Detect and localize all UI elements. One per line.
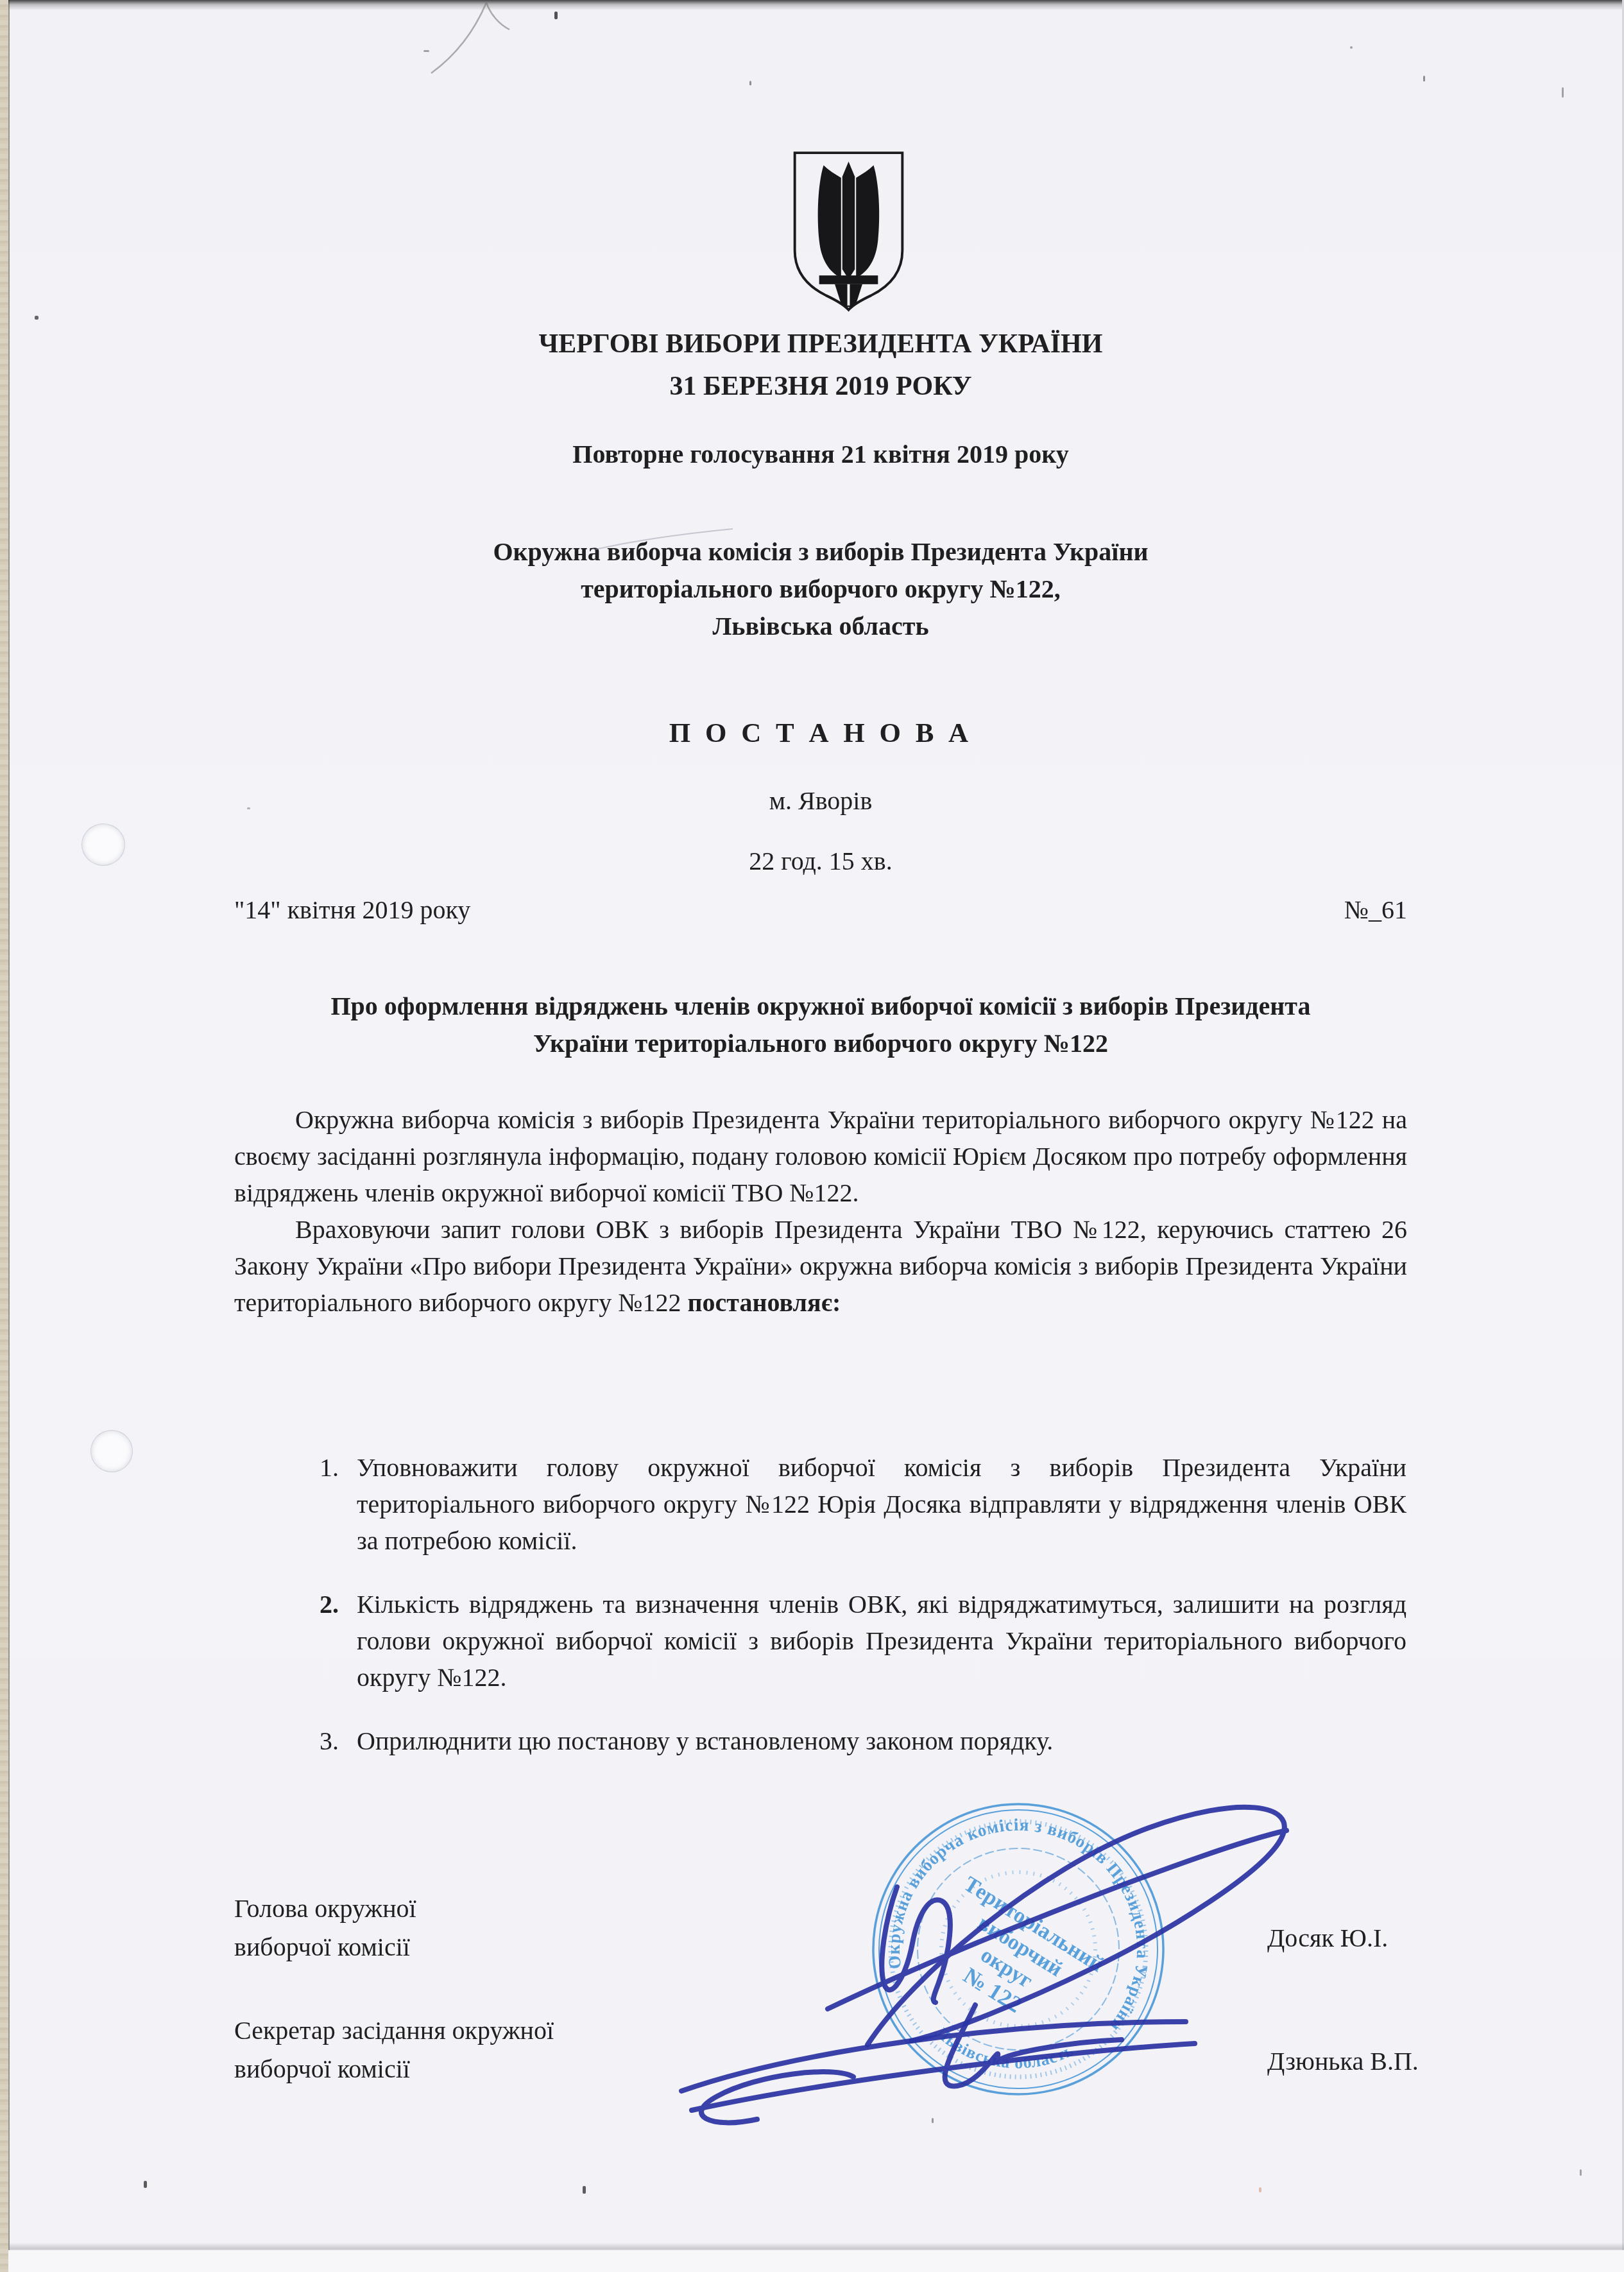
hole-punch xyxy=(90,1430,133,1472)
scanner-bed-bottom xyxy=(8,2250,1624,2272)
election-header-line2: 31 БЕРЕЗНЯ 2019 РОКУ xyxy=(234,371,1407,402)
scan-speck xyxy=(1350,46,1353,49)
list-item-text: Уповноважити голову окружної виборчої ко… xyxy=(357,1449,1406,1559)
commission-name-line2: територіального виборчого округу №122, xyxy=(234,574,1407,604)
signer-role-line: виборчої комісії xyxy=(234,1928,416,1966)
document-number: №_61 xyxy=(1344,895,1407,925)
scan-speck xyxy=(749,81,751,85)
list-item-text: Оприлюднити цю постанову у встановленому… xyxy=(357,1723,1406,1759)
paper-curl-line xyxy=(431,3,509,73)
signer-role-line: виборчої комісії xyxy=(234,2050,554,2088)
commission-name-line3: Львівська область xyxy=(234,611,1407,641)
scanner-top-shadow xyxy=(8,0,1624,10)
signer-name-secretary: Дзюнька В.П. xyxy=(1267,2046,1419,2076)
scan-speck xyxy=(423,50,429,52)
list-item: 2. Кількість відряджень та визначення чл… xyxy=(320,1586,1406,1696)
paragraph-2: Враховуючи запит голови ОВК з виборів Пр… xyxy=(234,1211,1407,1321)
document-type-title: П О С Т А Н О В А xyxy=(234,718,1407,749)
date-number-row: "14" квітня 2019 року №_61 xyxy=(234,895,1407,925)
signer-role-secretary: Секретар засідання окружної виборчої ком… xyxy=(234,2011,554,2088)
election-header-line1: ЧЕРГОВІ ВИБОРИ ПРЕЗИДЕНТА УКРАЇНИ xyxy=(234,329,1407,359)
decree-title-line2: України територіального виборчого округу… xyxy=(234,1028,1407,1058)
list-item: 1. Уповноважити голову окружної виборчої… xyxy=(320,1449,1406,1559)
scan-speck xyxy=(1562,87,1564,98)
commission-name-line1: Окружна виборча комісія з виборів Презид… xyxy=(234,537,1407,567)
list-item-number: 1. xyxy=(320,1449,357,1559)
signer-role-line: Голова окружної xyxy=(234,1889,416,1928)
trident-emblem-icon xyxy=(786,145,911,314)
paragraph-2-resolves: постановляє: xyxy=(687,1288,841,1317)
list-item-number: 3. xyxy=(320,1723,357,1759)
signer-name-chairman: Досяк Ю.І. xyxy=(1267,1923,1388,1953)
document-date: "14" квітня 2019 року xyxy=(234,895,470,925)
scan-speck xyxy=(144,2181,147,2188)
revote-line: Повторне голосування 21 квітня 2019 року xyxy=(234,439,1407,469)
signer-role-line: Секретар засідання окружної xyxy=(234,2011,554,2050)
scan-speck xyxy=(35,316,38,320)
decree-title-line1: Про оформлення відряджень членів окружно… xyxy=(234,991,1407,1021)
city-line: м. Яворів xyxy=(234,786,1407,816)
hole-punch xyxy=(81,823,125,866)
scan-speck xyxy=(1259,2187,1261,2192)
signer-role-chairman: Голова окружної виборчої комісії xyxy=(234,1889,416,1966)
scan-speck xyxy=(1423,76,1425,82)
list-item: 3. Оприлюднити цю постанову у встановлен… xyxy=(320,1723,1406,1759)
scan-speck xyxy=(583,2186,586,2194)
scan-speck xyxy=(1580,2169,1582,2176)
list-item-number: 2. xyxy=(320,1586,357,1696)
decree-items-list: 1. Уповноважити голову окружної виборчої… xyxy=(320,1449,1406,1786)
time-line: 22 год. 15 хв. xyxy=(234,846,1407,876)
scan-speck xyxy=(932,2118,934,2123)
page-left-edge xyxy=(8,0,10,2272)
scan-speck xyxy=(554,12,558,19)
paragraph-1: Окружна виборча комісія з виборів Презид… xyxy=(234,1101,1407,1211)
list-item-text: Кількість відряджень та визначення члені… xyxy=(357,1586,1406,1696)
body-text: Окружна виборча комісія з виборів Презид… xyxy=(234,1101,1407,1321)
scanned-document-page: ЧЕРГОВІ ВИБОРИ ПРЕЗИДЕНТА УКРАЇНИ 31 БЕР… xyxy=(0,0,1624,2272)
scanner-bed-strip xyxy=(0,0,8,2272)
official-stamp: Окружна виборча комісія з виборів Презид… xyxy=(868,1798,1169,2100)
